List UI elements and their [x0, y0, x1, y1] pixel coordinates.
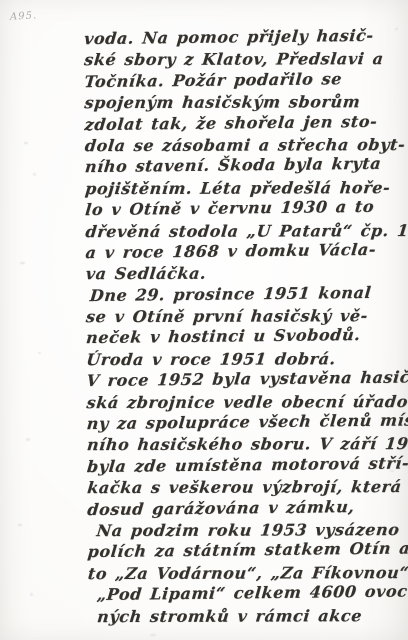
handwritten-line: a v roce 1868 v domku Václa- — [85, 238, 407, 263]
paper-stain — [150, 634, 156, 636]
handwritten-line: ny za spolupráce všech členů míst- — [86, 410, 408, 435]
handwritten-line: polích za státním statkem Otín a — [87, 538, 408, 563]
paper-stain — [30, 593, 33, 596]
handwritten-line: neček v hostinci u Svobodů. — [85, 324, 407, 349]
handwritten-line: dosud garážována v zámku, — [86, 495, 408, 520]
handwritten-line: Točníka. Požár podařilo se — [83, 67, 405, 92]
scanned-manuscript-page: A95. voda. Na pomoc přijely hasič- ské s… — [0, 0, 408, 640]
handwritten-line: lo v Otíně v červnu 1930 a to — [84, 196, 406, 221]
handwritten-line: Dne 29. prosince 1951 konal — [85, 281, 407, 306]
paper-stain — [38, 352, 41, 354]
paper-stain — [18, 524, 22, 526]
handwritten-line: zdolat tak, že shořela jen sto- — [84, 110, 406, 135]
paper-stain — [20, 262, 25, 264]
handwritten-line: ního stavení. Škoda byla kryta — [84, 153, 406, 178]
paper-stain — [395, 28, 398, 30]
handwritten-text-block: voda. Na pomoc přijely hasič- ské sbory … — [83, 26, 407, 627]
handwritten-line: „Pod Lipami“ celkem 4600 ovoc- — [87, 581, 408, 606]
corner-annotation: A95. — [10, 10, 38, 22]
handwritten-line: voda. Na pomoc přijely hasič- — [83, 24, 405, 49]
handwritten-line: ných stromků v rámci akce — [87, 605, 408, 628]
handwritten-line: V roce 1952 byla vystavěna hasič- — [85, 367, 407, 392]
paper-stain — [390, 470, 394, 472]
handwritten-line: byla zde umístěna motorová stří- — [86, 452, 408, 477]
paper-stain — [24, 142, 28, 144]
paper-stain — [26, 438, 30, 441]
paper-stain — [33, 173, 36, 176]
